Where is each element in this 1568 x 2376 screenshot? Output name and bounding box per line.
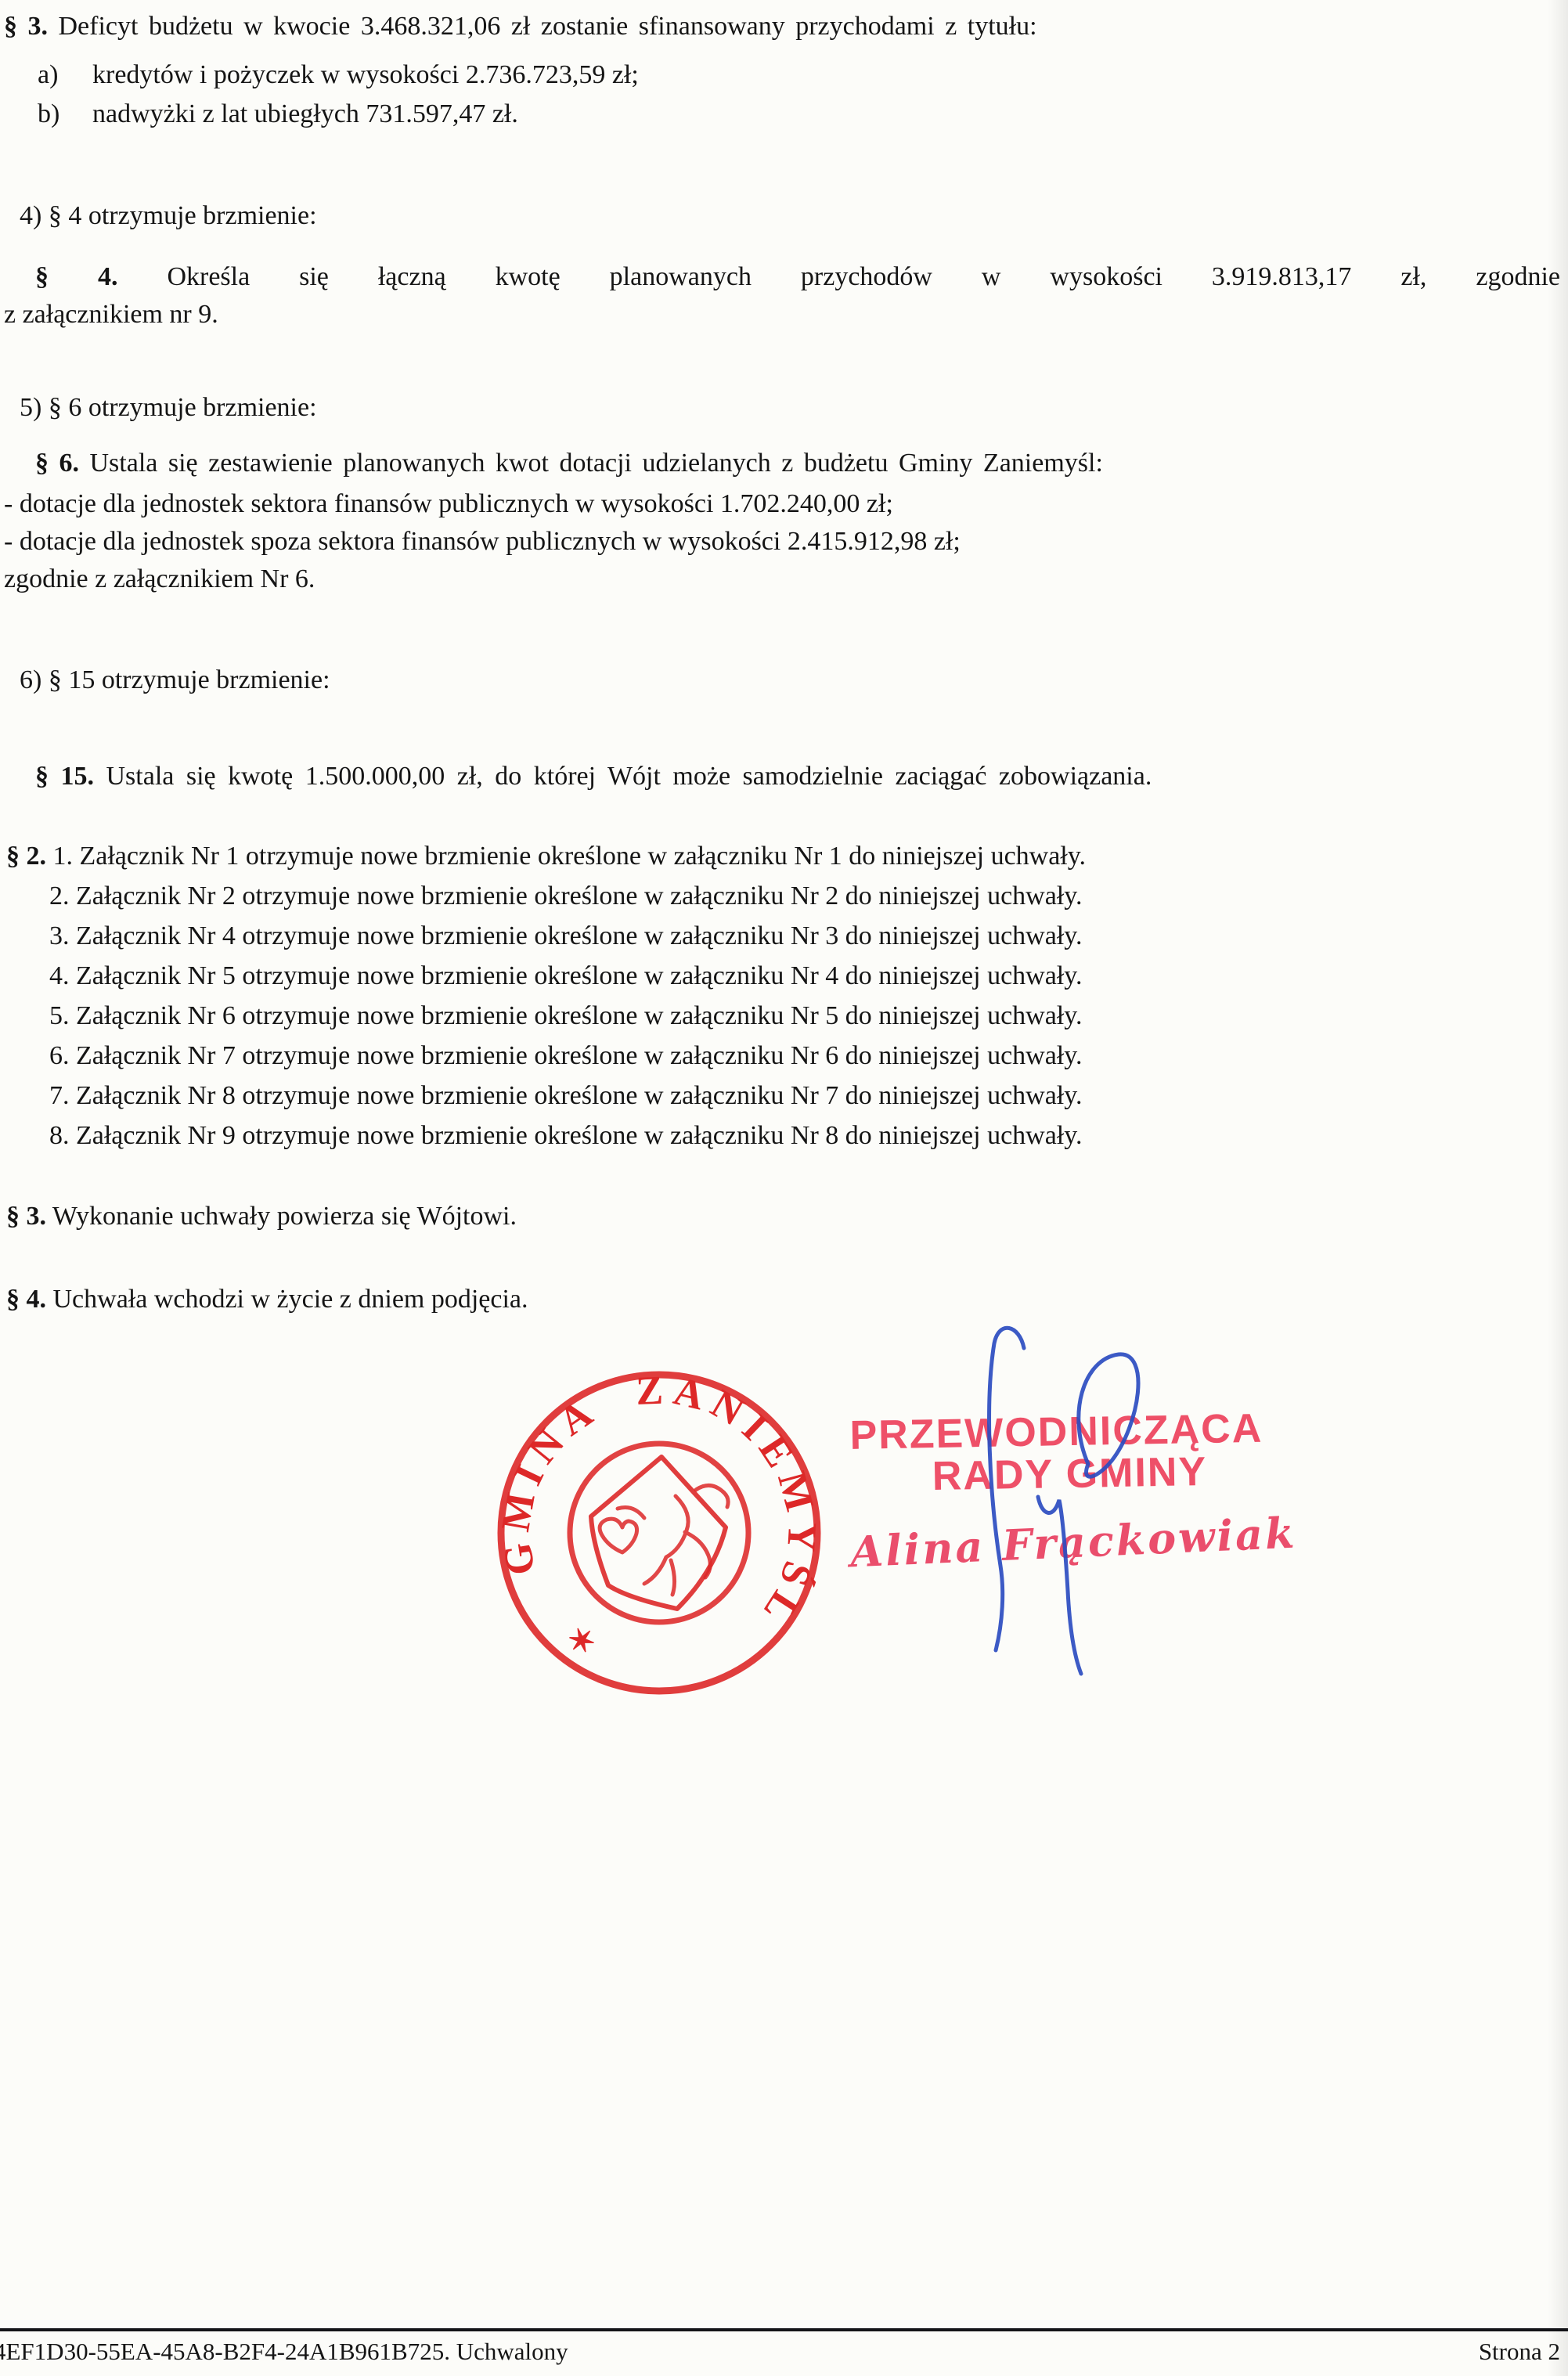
amendment-15-paragraph: § 15. Ustala się kwotę 1.500.000,00 zł, … <box>4 758 1560 795</box>
list-item-a-text: kredytów i pożyczek w wysokości 2.736.72… <box>92 56 639 94</box>
footer-page-number: Strona 2 <box>1479 2338 1560 2366</box>
paragraph-3-deficit: § 3. Deficyt budżetu w kwocie 3.468.321,… <box>4 8 1562 45</box>
seal-ring-text: GMINA ZANIEMYŚL <box>493 1368 824 1636</box>
amendment-4-line2: z załącznikiem nr 9. <box>4 296 1560 334</box>
seal-star-icon: ✶ <box>564 1621 601 1664</box>
amendment-4-line1-text: Określa się łączną kwotę planowanych prz… <box>167 262 1560 291</box>
amendment-6-heading: 5) § 6 otrzymuje brzmienie: <box>20 389 317 427</box>
amendment-6-marker: § 6. <box>4 449 79 478</box>
attachment-row-4: 4. Załącznik Nr 5 otrzymuje nowe brzmien… <box>6 956 1563 996</box>
municipal-seal-graphic: GMINA ZANIEMYŚL ✶ <box>491 1365 827 1701</box>
list-item-b: b) nadwyżki z lat ubiegłych 731.597,47 z… <box>38 96 1525 133</box>
pen-signature-graphic <box>963 1315 1213 1683</box>
seal-inner-ring <box>570 1444 748 1622</box>
amendment-6-dash1: - dotacje dla jednostek sektora finansów… <box>4 485 893 523</box>
attachment-row-5: 5. Załącznik Nr 6 otrzymuje nowe brzmien… <box>6 996 1563 1036</box>
paragraph-3-text: Deficyt budżetu w kwocie 3.468.321,06 zł… <box>59 12 1037 41</box>
paragraph-4-effective-date: § 4. Uchwała wchodzi w życie z dniem pod… <box>6 1281 528 1318</box>
scanned-resolution-page: § 3. Deficyt budżetu w kwocie 3.468.321,… <box>0 0 1568 2376</box>
attachment-row-7: 7. Załącznik Nr 8 otrzymuje nowe brzmien… <box>6 1076 1563 1116</box>
attachment-row-1-text: 1. Załącznik Nr 1 otrzymuje nowe brzmien… <box>53 842 1087 871</box>
amendment-6-line1-text: Ustala się zestawienie planowanych kwot … <box>90 449 1103 478</box>
paragraph-3-execution-text: Wykonanie uchwały powierza się Wójtowi. <box>52 1202 517 1231</box>
amendment-15-marker: § 15. <box>4 762 94 791</box>
amendment-4-heading: 4) § 4 otrzymuje brzmienie: <box>20 197 317 235</box>
amendment-4-line1: § 4. Określa się łączną kwotę planowanyc… <box>4 258 1560 296</box>
pen-signature <box>963 1315 1213 1683</box>
attachment-row-6: 6. Załącznik Nr 7 otrzymuje nowe brzmien… <box>6 1036 1563 1076</box>
list-item-b-text: nadwyżki z lat ubiegłych 731.597,47 zł. <box>92 96 518 133</box>
attachment-row-8: 8. Załącznik Nr 9 otrzymuje nowe brzmien… <box>6 1116 1563 1156</box>
rampant-animal-figure <box>600 1485 728 1595</box>
amendment-6-dash2: - dotacje dla jednostek spoza sektora fi… <box>4 523 961 561</box>
amendment-6-line1: § 6. Ustala się zestawienie planowanych … <box>4 445 1560 482</box>
attachment-row-1: § 2. 1. Załącznik Nr 1 otrzymuje nowe br… <box>6 836 1563 876</box>
paragraph-4-effective-text: Uchwała wchodzi w życie z dniem podjęcia… <box>53 1285 528 1314</box>
list-item-a-label: a) <box>38 56 92 94</box>
amendment-4-paragraph: § 4. Określa się łączną kwotę planowanyc… <box>4 258 1560 334</box>
paragraph-3-execution: § 3. Wykonanie uchwały powierza się Wójt… <box>6 1198 517 1235</box>
coat-of-arms <box>591 1457 728 1609</box>
paragraph-2-marker: § 2. <box>6 842 46 871</box>
amendment-15-heading: 6) § 15 otrzymuje brzmienie: <box>20 662 330 699</box>
attachment-row-2: 2. Załącznik Nr 2 otrzymuje nowe brzmien… <box>6 876 1563 916</box>
paragraph-2-attachments: § 2. 1. Załącznik Nr 1 otrzymuje nowe br… <box>6 836 1563 1156</box>
footer-rule <box>0 2328 1568 2331</box>
amendment-15-text: Ustala się kwotę 1.500.000,00 zł, do któ… <box>106 762 1152 791</box>
list-item-a: a) kredytów i pożyczek w wysokości 2.736… <box>38 56 1525 94</box>
paragraph-3-marker: § 3. <box>4 12 48 41</box>
municipal-round-seal: GMINA ZANIEMYŚL ✶ <box>491 1365 827 1701</box>
paragraph-4-effective-marker: § 4. <box>6 1285 46 1314</box>
footer-document-id: 4EF1D30-55EA-45A8-B2F4-24A1B961B725. Uch… <box>0 2338 568 2366</box>
paragraph-3-execution-marker: § 3. <box>6 1202 46 1231</box>
seal-ring-text-wrap: GMINA ZANIEMYŚL <box>493 1368 824 1636</box>
attachment-row-3: 3. Załącznik Nr 4 otrzymuje nowe brzmien… <box>6 916 1563 956</box>
list-item-b-label: b) <box>38 96 92 133</box>
amendment-4-marker: § 4. <box>4 262 117 291</box>
amendment-6-line3: zgodnie z załącznikiem Nr 6. <box>4 561 315 598</box>
